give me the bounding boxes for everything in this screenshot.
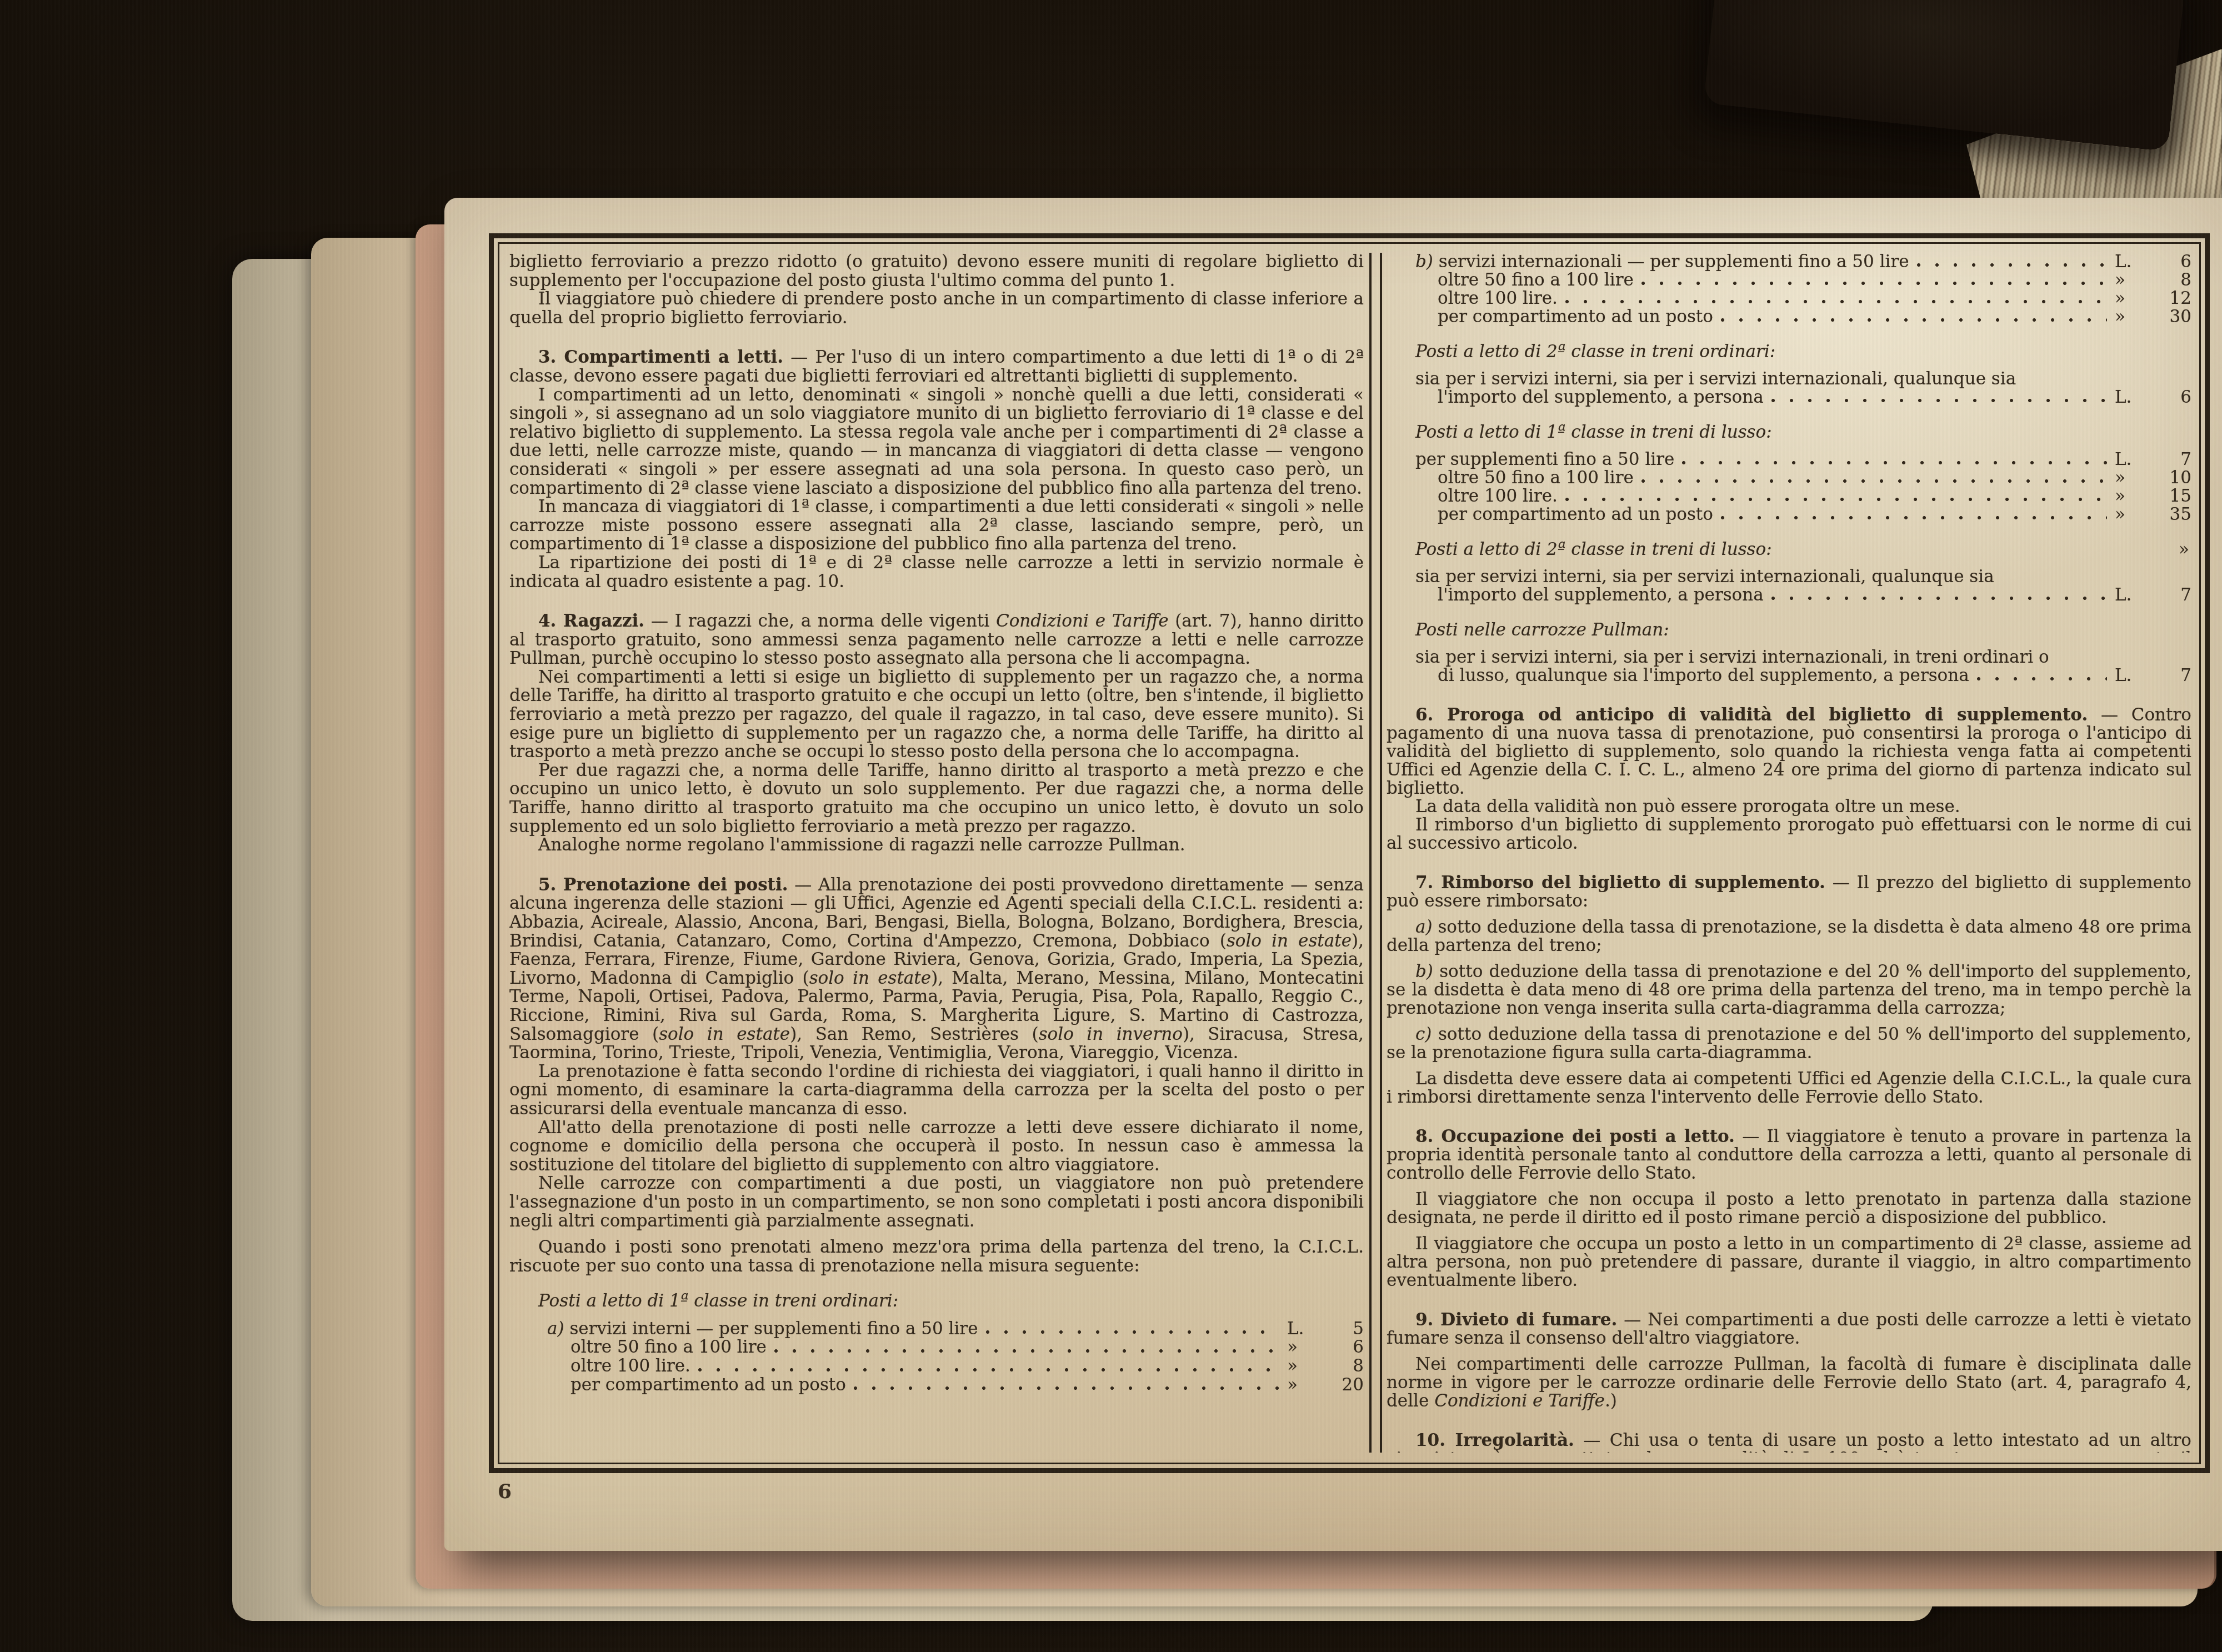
tariff-label: oltre 100 lire. xyxy=(570,1357,690,1376)
tariff-line: oltre 100 lire.»15 xyxy=(1387,487,2191,505)
text-run: oltre 50 fino a 100 lire xyxy=(1438,468,1634,488)
text-run: servizi interni — per supplementi fino a… xyxy=(564,1319,978,1339)
paragraph: biglietto ferroviario a prezzo ridotto (… xyxy=(509,253,1364,290)
italic-run: a) xyxy=(547,1319,564,1339)
text-run: ), San Remo, Sestrières ( xyxy=(790,1024,1038,1044)
tariff-label: oltre 50 fino a 100 lire xyxy=(570,1338,767,1357)
column-divider xyxy=(1369,253,1382,1453)
dot-leader xyxy=(1640,281,2107,286)
tariff-label: a) servizi interni — per supplementi fin… xyxy=(547,1320,978,1339)
text-run: La ripartizione dei posti di 1ª e di 2ª … xyxy=(509,553,1364,592)
section-paragraph: 3. Compartimenti a letti. — Per l'uso di… xyxy=(509,348,1364,386)
text-frame: biglietto ferroviario a prezzo ridotto (… xyxy=(489,233,2210,1473)
frame-inner: biglietto ferroviario a prezzo ridotto (… xyxy=(498,242,2201,1464)
text-run: — I ragazzi che, a norma delle vigenti xyxy=(644,611,996,631)
text-run: Il viaggiatore che non occupa il posto a… xyxy=(1387,1189,2191,1228)
text-run: I compartimenti ad un letto, denominati … xyxy=(509,385,1364,498)
tariff-value: 7 xyxy=(2151,450,2191,469)
paragraph: All'atto della prenotazione di posti nel… xyxy=(509,1119,1364,1175)
dot-leader xyxy=(1770,398,2107,403)
tariff-value: 6 xyxy=(1324,1338,1364,1357)
italic-run: Condizioni e Tariffe xyxy=(996,611,1169,631)
bold-run: 3. Compartimenti a letti. xyxy=(538,347,783,367)
tariff-subheading: Posti a letto di 1ª classe in treni ordi… xyxy=(509,1292,1364,1311)
paragraph: Nei compartimenti a letti si esige un bi… xyxy=(509,668,1364,762)
section-paragraph: 5. Prenotazione dei posti. — Alla prenot… xyxy=(509,876,1364,1063)
text-run: All'atto della prenotazione di posti nel… xyxy=(509,1118,1364,1175)
tariff-line: per compartimento ad un posto»20 xyxy=(509,1376,1364,1395)
paragraph: b) sotto deduzione della tassa di prenot… xyxy=(1387,963,2191,1018)
bold-run: 5. Prenotazione dei posti. xyxy=(538,875,788,895)
tariff-line: oltre 50 fino a 100 lire»8 xyxy=(1387,271,2191,289)
dot-leader xyxy=(1770,595,2107,601)
tariff-line: b) servizi internazionali — per suppleme… xyxy=(1387,253,2191,271)
text-run: oltre 50 fino a 100 lire xyxy=(1438,270,1634,290)
tariff-label: l'importo del supplemento, a persona xyxy=(1438,586,1764,604)
tariff-label: oltre 50 fino a 100 lire xyxy=(1438,271,1634,289)
dot-leader xyxy=(1640,478,2107,484)
italic-run: Posti nelle carrozze Pullman: xyxy=(1415,620,1669,640)
dot-leader xyxy=(1564,299,2107,304)
currency-label: » xyxy=(2109,308,2151,326)
text-run: per compartimento ad un posto xyxy=(1438,504,1713,524)
italic-run: solo in estate xyxy=(809,968,932,988)
section-paragraph: 8. Occupazione dei posti a letto. — Il v… xyxy=(1387,1128,2191,1183)
paragraph: La ripartizione dei posti di 1ª e di 2ª … xyxy=(509,554,1364,591)
tariff-line: oltre 50 fino a 100 lire»10 xyxy=(1387,469,2191,487)
paragraph: La prenotazione è fatta secondo l'ordine… xyxy=(509,1063,1364,1119)
paragraph: Il rimborso d'un biglietto di supplement… xyxy=(1387,816,2191,853)
currency-label: » xyxy=(2109,487,2151,505)
section-paragraph: 6. Proroga od anticipo di validità del b… xyxy=(1387,706,2191,798)
italic-run: b) xyxy=(1415,962,1433,982)
tariff-line: sia per i servizi interni, sia per i ser… xyxy=(1387,648,2191,667)
tariff-value: 12 xyxy=(2151,289,2191,308)
tariff-label: per supplementi fino a 50 lire xyxy=(1415,450,1674,469)
bold-run: 9. Divieto di fumare. xyxy=(1415,1310,1617,1330)
text-run: di lusso, qualunque sia l'importo del su… xyxy=(1438,665,1969,685)
text-run: Nelle carrozze con compartimenti a due p… xyxy=(509,1173,1364,1230)
tariff-subheading: Posti a letto di 2ª classe in treni di l… xyxy=(1387,540,2191,559)
tariff-value: 20 xyxy=(1324,1376,1364,1395)
paragraph: Per due ragazzi che, a norma delle Tarif… xyxy=(509,762,1364,836)
text-run: Per due ragazzi che, a norma delle Tarif… xyxy=(509,760,1364,837)
dot-leader xyxy=(697,1367,1279,1373)
tariff-value: 15 xyxy=(2151,487,2191,505)
bold-run: 8. Occupazione dei posti a letto. xyxy=(1415,1127,1735,1147)
text-run: Nei compartimenti a letti si esige un bi… xyxy=(509,667,1364,762)
fore-edge-striations xyxy=(1966,49,2222,203)
tariff-line: oltre 100 lire.»8 xyxy=(509,1357,1364,1376)
tariff-value: 7 xyxy=(2151,586,2191,604)
italic-run: solo in estate xyxy=(659,1024,790,1044)
tariff-label: per compartimento ad un posto xyxy=(570,1376,846,1395)
tariff-value: 8 xyxy=(1324,1357,1364,1376)
text-run: biglietto ferroviario a prezzo ridotto (… xyxy=(509,253,1364,291)
text-run: La prenotazione è fatta secondo l'ordine… xyxy=(509,1062,1364,1119)
tariff-value: 35 xyxy=(2151,505,2191,524)
tariff-label: sia per i servizi interni, sia per i ser… xyxy=(1415,648,2049,667)
italic-run: a) xyxy=(1415,917,1433,937)
text-run: In mancaza di viaggiatori di 1ª classe, … xyxy=(509,497,1364,554)
bold-run: 4. Ragazzi. xyxy=(538,611,644,631)
tariff-subheading: Posti a letto di 1ª classe in treni di l… xyxy=(1387,423,2191,442)
tariff-line: oltre 100 lire.»12 xyxy=(1387,289,2191,308)
tariff-value: 5 xyxy=(1324,1320,1364,1339)
tariff-value: 10 xyxy=(2151,469,2191,487)
text-run: sotto deduzione della tassa di prenotazi… xyxy=(1387,1024,2191,1063)
text-run: oltre 50 fino a 100 lire xyxy=(570,1337,767,1357)
section-paragraph: 9. Divieto di fumare. — Nei compartiment… xyxy=(1387,1311,2191,1348)
text-run: Il viaggiatore che occupa un posto a let… xyxy=(1387,1234,2191,1290)
italic-run: solo in estate xyxy=(1227,931,1352,951)
page-number: 6 xyxy=(498,1480,512,1503)
paragraph: Quando i posti sono prenotati almeno mez… xyxy=(509,1238,1364,1275)
text-run: Il rimborso d'un biglietto di supplement… xyxy=(1387,815,2191,853)
tariff-line: di lusso, qualunque sia l'importo del su… xyxy=(1387,667,2191,685)
photo-background: biglietto ferroviario a prezzo ridotto (… xyxy=(0,0,2222,1652)
text-run: oltre 100 lire. xyxy=(1438,486,1558,506)
dot-leader xyxy=(1564,497,2107,502)
paragraph: La disdetta deve essere data ai competen… xyxy=(1387,1070,2191,1107)
currency-label: » xyxy=(2109,505,2151,524)
currency-label: L. xyxy=(1282,1320,1324,1339)
text-run: sotto deduzione della tassa di prenotazi… xyxy=(1387,962,2191,1018)
italic-run: solo in inverno xyxy=(1039,1024,1183,1044)
bold-run: 6. Proroga od anticipo di validità del b… xyxy=(1415,705,2088,725)
tariff-line: sia per servizi interni, sia per servizi… xyxy=(1387,568,2191,586)
text-run: Il viaggiatore può chiedere di prendere … xyxy=(509,289,1364,328)
text-run: oltre 100 lire. xyxy=(1438,288,1558,308)
tariff-label: oltre 100 lire. xyxy=(1438,289,1558,308)
tariff-label: sia per servizi interni, sia per servizi… xyxy=(1415,568,1994,586)
tariff-label: b) servizi internazionali — per suppleme… xyxy=(1415,253,1909,271)
italic-run: Posti a letto di 2ª classe in treni di l… xyxy=(1415,539,1772,559)
currency-label: » xyxy=(2109,469,2151,487)
text-run: l'importo del supplemento, a persona xyxy=(1438,585,1764,605)
tariff-label: sia per i servizi interni, sia per i ser… xyxy=(1415,370,2016,388)
italic-run: c) xyxy=(1415,1024,1432,1044)
paragraph: Analoghe norme regolano l'ammissione di … xyxy=(509,836,1364,855)
dot-leader xyxy=(1720,317,2107,323)
tariff-label: oltre 100 lire. xyxy=(1438,487,1558,505)
text-run: sia per i servizi interni, sia per i ser… xyxy=(1415,369,2016,389)
currency-label: » xyxy=(1282,1338,1324,1357)
dot-leader xyxy=(1681,460,2107,465)
paragraph: Nei compartimenti delle carrozze Pullman… xyxy=(1387,1355,2191,1410)
text-run: oltre 100 lire. xyxy=(570,1356,690,1376)
italic-run: Posti a letto di 1ª classe in treni ordi… xyxy=(538,1291,898,1311)
paragraph: Nelle carrozze con compartimenti a due p… xyxy=(509,1174,1364,1230)
dot-leader xyxy=(1976,676,2107,682)
currency-label: L. xyxy=(2109,586,2151,604)
text-run: sia per servizi interni, sia per servizi… xyxy=(1415,567,1994,587)
dot-leader xyxy=(773,1348,1279,1354)
tariff-line: per compartimento ad un posto»30 xyxy=(1387,308,2191,326)
book-page: biglietto ferroviario a prezzo ridotto (… xyxy=(444,198,2222,1551)
text-run: per supplementi fino a 50 lire xyxy=(1415,449,1674,469)
dot-leader xyxy=(1916,262,2107,268)
bold-run: 10. Irregolarità. xyxy=(1415,1430,1574,1450)
italic-run: b) xyxy=(1415,253,1433,272)
paragraph: I compartimenti ad un letto, denominati … xyxy=(509,386,1364,498)
text-run: servizi internazionali — per supplementi… xyxy=(1433,253,1909,272)
tariff-label: di lusso, qualunque sia l'importo del su… xyxy=(1438,667,1969,685)
tariff-value: 6 xyxy=(2151,388,2191,407)
text-run: La data della validità non può essere pr… xyxy=(1415,797,1960,817)
section-paragraph: 10. Irregolarità. — Chi usa o tenta di u… xyxy=(1387,1431,2191,1453)
currency-label: » xyxy=(2109,289,2151,308)
paragraph: Il viaggiatore può chiedere di prendere … xyxy=(509,290,1364,327)
text-run: l'importo del supplemento, a persona xyxy=(1438,387,1764,407)
text-run: per compartimento ad un posto xyxy=(1438,307,1713,327)
italic-run: Posti a letto di 2ª classe in treni ordi… xyxy=(1415,342,1775,362)
section-paragraph: 7. Rimborso del biglietto di supplemento… xyxy=(1387,874,2191,910)
tariff-value: 7 xyxy=(2151,667,2191,685)
tariff-label: per compartimento ad un posto xyxy=(1438,505,1713,524)
text-run: sia per i servizi interni, sia per i ser… xyxy=(1415,647,2049,667)
currency-label: L. xyxy=(2109,388,2151,407)
book-cover-corner xyxy=(1704,0,2185,152)
paragraph: La data della validità non può essere pr… xyxy=(1387,798,2191,816)
currency-label: L. xyxy=(2109,450,2151,469)
tariff-label: l'importo del supplemento, a persona xyxy=(1438,388,1764,407)
section-paragraph: 4. Ragazzi. — I ragazzi che, a norma del… xyxy=(509,612,1364,668)
text-run: .) xyxy=(1605,1391,1617,1411)
left-column: biglietto ferroviario a prezzo ridotto (… xyxy=(509,253,1364,1453)
tariff-subheading: Posti a letto di 2ª classe in treni ordi… xyxy=(1387,343,2191,361)
tariff-line: l'importo del supplemento, a personaL.6 xyxy=(1387,388,2191,407)
right-column: b) servizi internazionali — per suppleme… xyxy=(1387,253,2191,1453)
dot-leader xyxy=(853,1385,1279,1391)
tariff-line: a) servizi interni — per supplementi fin… xyxy=(509,1320,1364,1339)
text-run: sotto deduzione della tassa di prenotazi… xyxy=(1387,917,2191,955)
text-run: La disdetta deve essere data ai competen… xyxy=(1387,1069,2191,1107)
tariff-subheading: Posti nelle carrozze Pullman: xyxy=(1387,621,2191,639)
dot-leader xyxy=(1720,515,2107,520)
italic-run: Condizioni e Tariffe xyxy=(1434,1391,1605,1411)
currency-label: » xyxy=(1282,1376,1324,1395)
tariff-line: l'importo del supplemento, a personaL.7 xyxy=(1387,586,2191,604)
bold-run: 7. Rimborso del biglietto di supplemento… xyxy=(1415,873,1825,893)
currency-label: L. xyxy=(2109,667,2151,685)
dot-leader xyxy=(985,1329,1279,1335)
text-run: per compartimento ad un posto xyxy=(570,1375,846,1395)
paragraph: c) sotto deduzione della tassa di prenot… xyxy=(1387,1025,2191,1062)
currency-label: » xyxy=(2109,271,2151,289)
tariff-label: oltre 50 fino a 100 lire xyxy=(1438,469,1634,487)
text-run: Analoghe norme regolano l'ammissione di … xyxy=(538,835,1185,855)
paragraph: a) sotto deduzione della tassa di prenot… xyxy=(1387,918,2191,955)
tariff-line: per supplementi fino a 50 lireL.7 xyxy=(1387,450,2191,469)
tariff-line: per compartimento ad un posto»35 xyxy=(1387,505,2191,524)
tariff-line: oltre 50 fino a 100 lire»6 xyxy=(509,1338,1364,1357)
tariff-value: 6 xyxy=(2151,253,2191,271)
tariff-line: sia per i servizi interni, sia per i ser… xyxy=(1387,370,2191,388)
paragraph: In mancaza di viaggiatori di 1ª classe, … xyxy=(509,498,1364,554)
tariff-value: 8 xyxy=(2151,271,2191,289)
italic-run: Posti a letto di 1ª classe in treni di l… xyxy=(1415,422,1772,442)
paragraph: Il viaggiatore che occupa un posto a let… xyxy=(1387,1235,2191,1290)
paragraph: Il viaggiatore che non occupa il posto a… xyxy=(1387,1190,2191,1227)
tariff-value: 30 xyxy=(2151,308,2191,326)
currency-label: L. xyxy=(2109,253,2151,271)
text-run: Quando i posti sono prenotati almeno mez… xyxy=(509,1237,1364,1276)
stray-guillemet: » xyxy=(2179,540,2189,559)
tariff-label: per compartimento ad un posto xyxy=(1438,308,1713,326)
currency-label: » xyxy=(1282,1357,1324,1376)
